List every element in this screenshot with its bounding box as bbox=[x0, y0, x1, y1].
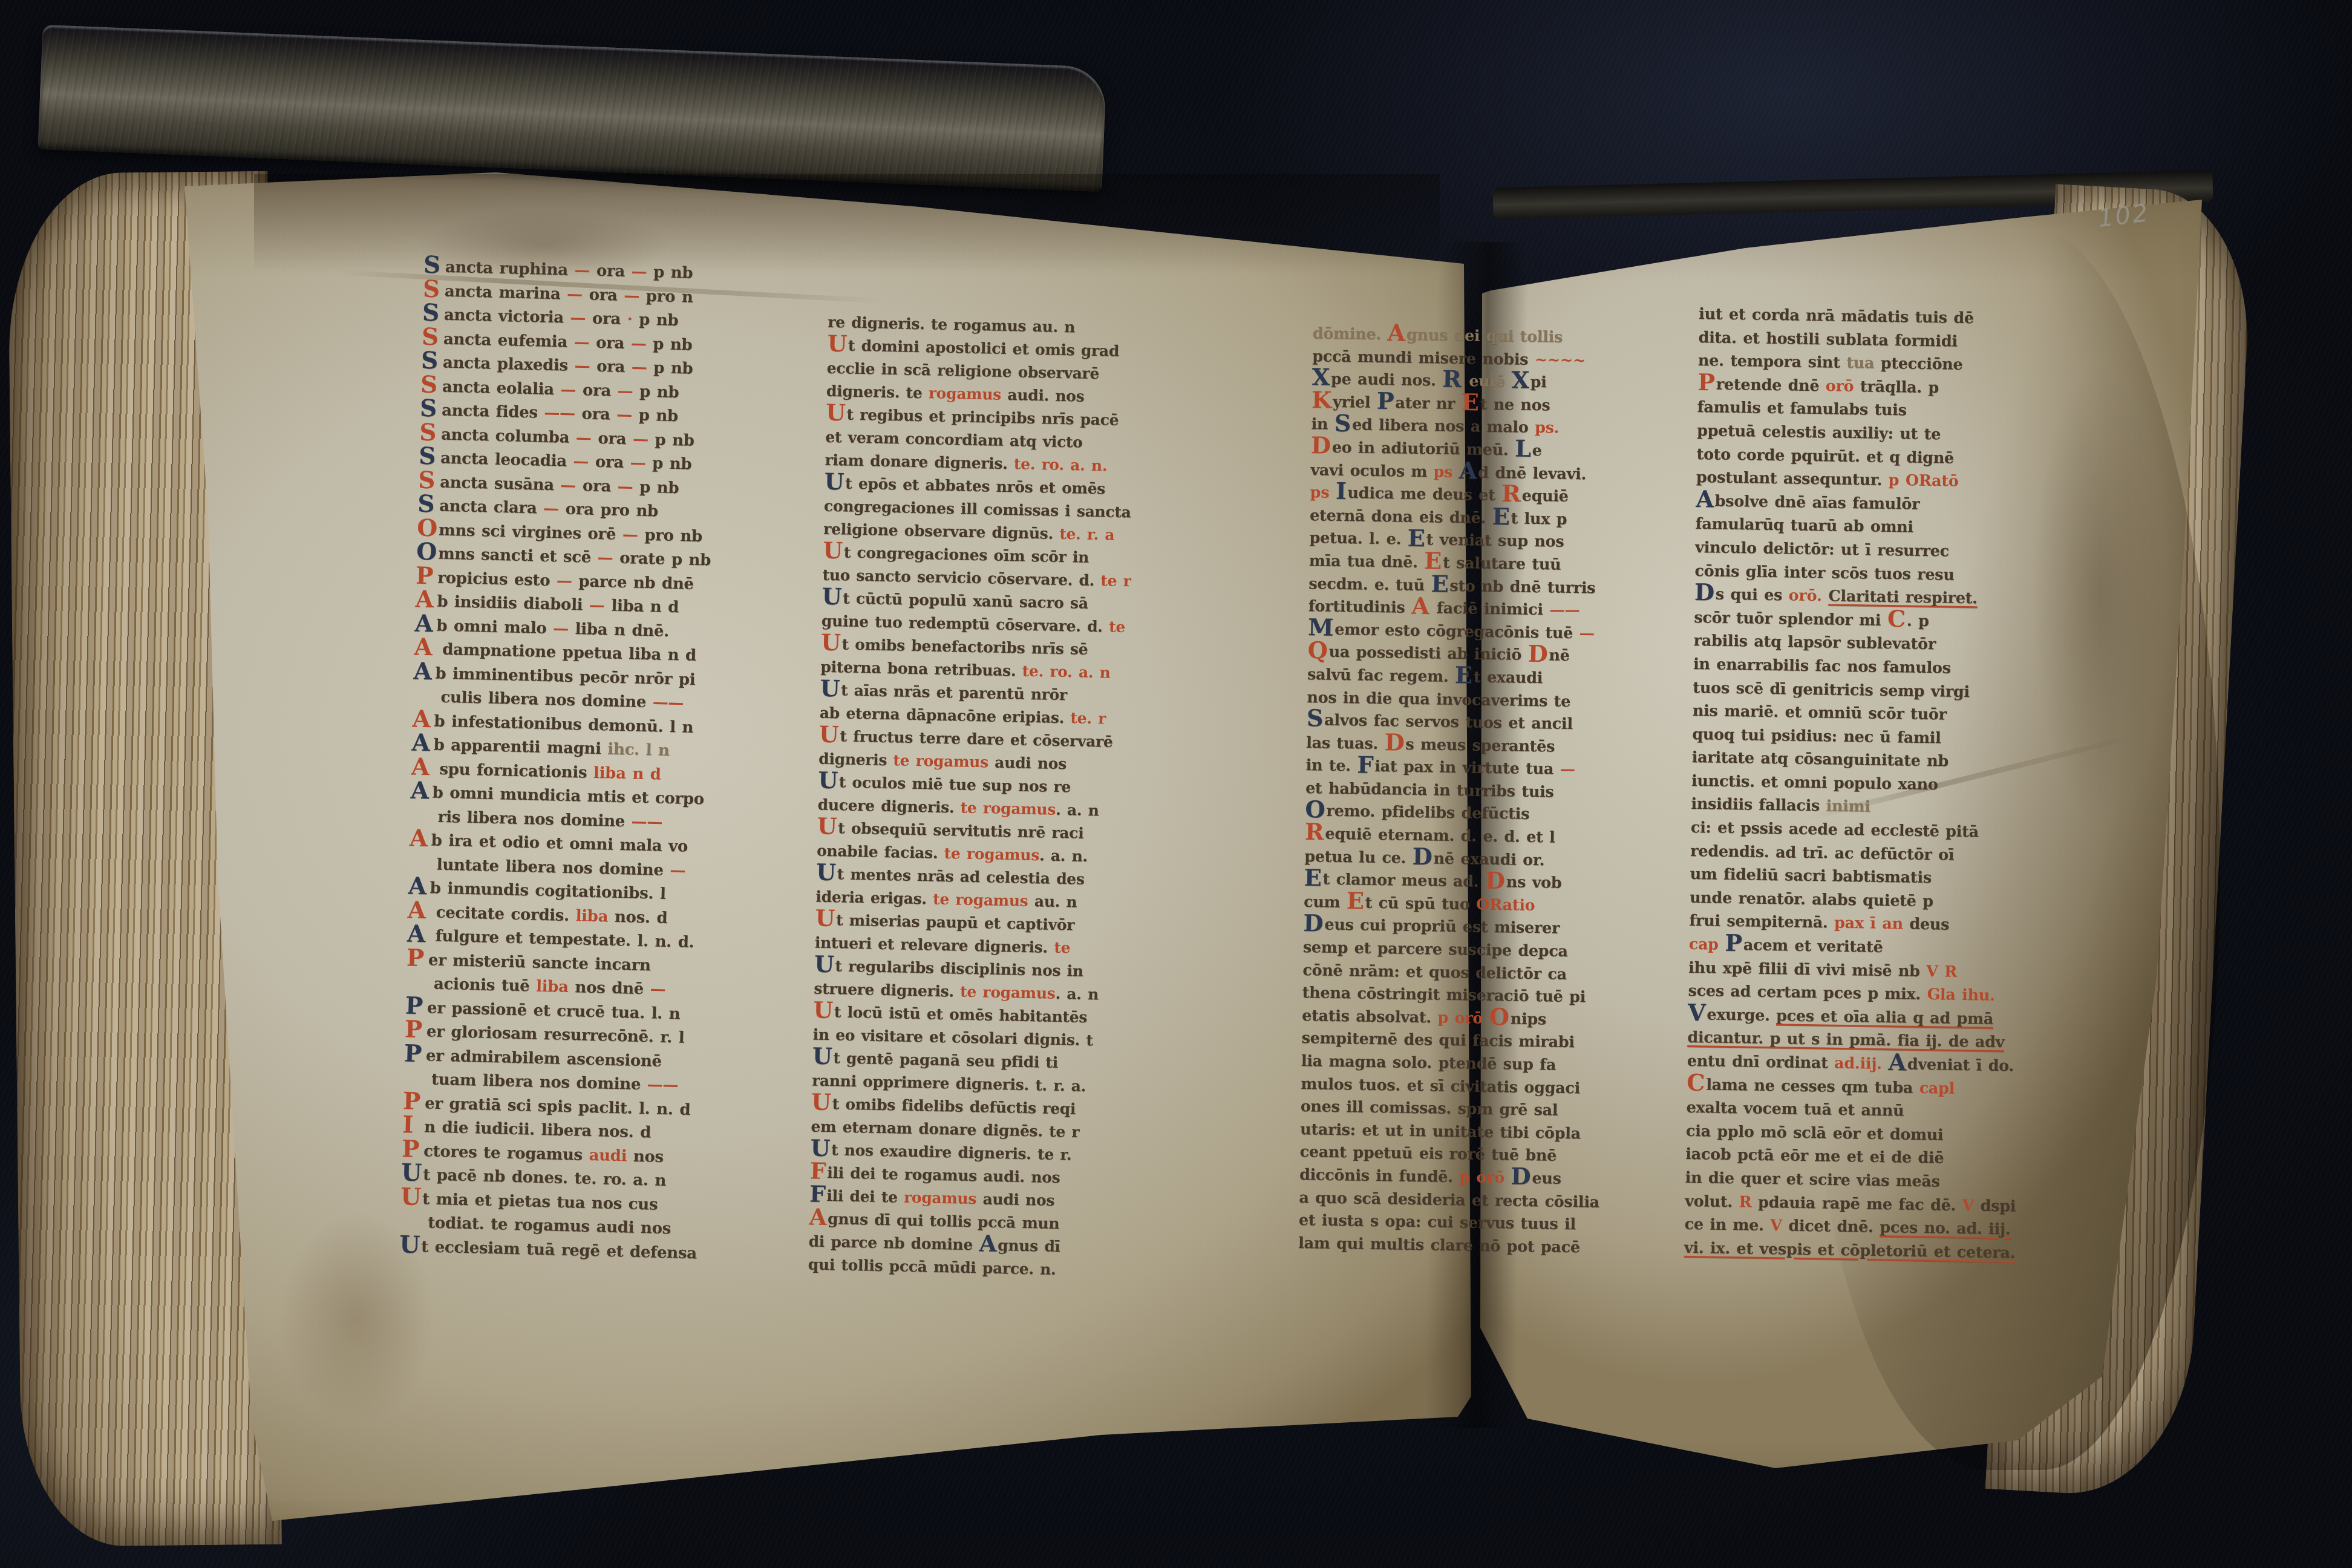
ink-text: ris libera nos domine bbox=[437, 808, 632, 831]
ink-text: et veram concordiam atq victo bbox=[825, 428, 1083, 451]
red-underlined-rubric: pces et oīa alia q ad pmā bbox=[1776, 1007, 1993, 1028]
ink-text: t omibs fidelibs defūctis reqi bbox=[832, 1095, 1076, 1117]
manuscript-column-versicles: dōmine. Agnus dei qui tollispccā mundi m… bbox=[1298, 322, 1691, 1261]
red-rubric-text: te rogamus bbox=[960, 799, 1056, 818]
ink-text: struere digneris. bbox=[814, 980, 961, 1001]
ink-text: toto corde pquirūt. et q dignē bbox=[1696, 445, 1954, 468]
ink-text: nis mariē. et omniū scōr tuōr bbox=[1693, 702, 1947, 724]
ink-text: famulis et famulabs tuis bbox=[1697, 398, 1907, 419]
ink-text: remo. pfidelibs defūctis bbox=[1326, 802, 1529, 823]
red-rubric-text: ps. bbox=[1535, 419, 1560, 437]
red-versal-initial: A bbox=[1411, 593, 1429, 620]
blue-versal-initial: E bbox=[1455, 662, 1473, 689]
red-rubric-text: V bbox=[1770, 1217, 1789, 1235]
ink-text: pdauia rapē me fac dē. bbox=[1758, 1193, 1962, 1214]
manuscript-column-litany-b: re digneris. te rogamus au. nUt domini a… bbox=[808, 311, 1197, 1284]
red-versal-initial: U bbox=[813, 997, 833, 1024]
red-versal-initial: O bbox=[417, 528, 437, 528]
red-versal-initial: U bbox=[815, 905, 835, 932]
ink-text: ancta columba bbox=[441, 425, 577, 446]
blue-versal-initial: F bbox=[1357, 751, 1374, 779]
red-versal-initial: U bbox=[823, 537, 843, 564]
ink-text: t omibs benefactoribs nrīs sē bbox=[841, 635, 1088, 658]
ink-text: entu dnī ordinat bbox=[1687, 1052, 1835, 1073]
blue-versal-initial: U bbox=[399, 1244, 420, 1245]
red-rubric-text: —— bbox=[544, 404, 575, 423]
ink-text: cōnē nrām: et quos delictōr ca bbox=[1302, 961, 1567, 984]
ink-text: intueri et relevare digneris. bbox=[815, 934, 1054, 956]
ink-text: ancta victoria bbox=[444, 306, 570, 327]
blue-versal-initial: I bbox=[1336, 478, 1347, 505]
ink-text: dveniat ī do. bbox=[1907, 1056, 2014, 1076]
ink-text: yriel bbox=[1333, 393, 1377, 412]
red-rubric-text: — bbox=[630, 335, 646, 353]
ink-text: retende dnē bbox=[1716, 375, 1826, 395]
red-rubric-text: Gla ihu. bbox=[1927, 985, 1995, 1005]
red-rubric-text: audi bbox=[589, 1146, 633, 1165]
red-rubric-text: capl bbox=[1919, 1079, 1955, 1098]
red-rubric-text: — bbox=[589, 596, 605, 615]
ink-text: insidiis fallacis bbox=[1691, 795, 1826, 815]
red-rubric-text: — bbox=[573, 452, 589, 471]
ink-text: p nb bbox=[647, 263, 693, 283]
ink-text: cōnis glīa inter scōs tuos resu bbox=[1694, 562, 1955, 584]
blue-versal-initial: D bbox=[1694, 579, 1715, 607]
ink-text: et iusta s opa: cui servus tuus il bbox=[1299, 1211, 1576, 1233]
ink-text: nos bbox=[633, 1147, 664, 1166]
ink-text: p nb bbox=[645, 454, 692, 474]
ink-text: liba n d bbox=[604, 596, 679, 616]
ink-text: ili dei te rogamus audi. nos bbox=[827, 1164, 1060, 1186]
ink-text: ropicius esto bbox=[437, 569, 557, 590]
red-rubric-text: — bbox=[567, 285, 583, 304]
manuscript-column-litany-a: Sancta ruphina — ora — p nbSancta marina… bbox=[427, 256, 814, 1268]
red-versal-initial: P bbox=[1697, 369, 1715, 396]
ink-text: t ecclesiam tuā regē et defensa bbox=[421, 1238, 697, 1263]
red-rubric-text: — bbox=[573, 333, 589, 351]
ink-text: nos dnē bbox=[575, 978, 650, 998]
ink-text: ancta marina bbox=[445, 282, 567, 303]
red-rubric-text: rogamus bbox=[904, 1189, 983, 1208]
ink-text: pi bbox=[1530, 373, 1546, 391]
ink-text: iunctis. et omni populo xano bbox=[1691, 772, 1938, 794]
ink-text: trāqlla. p bbox=[1860, 377, 1939, 397]
red-rubric-text: te rogamus bbox=[893, 751, 995, 771]
red-versal-initial: A bbox=[414, 647, 435, 648]
faded-ink-text: ihc. l n bbox=[607, 740, 670, 759]
ink-text: t cū spū tuo bbox=[1365, 894, 1476, 914]
ink-text: er gloriosam resurrecōnē. r. l bbox=[426, 1022, 685, 1047]
blue-versal-initial: E bbox=[1407, 524, 1425, 552]
ink-text: n die iudicii. libera nos. d bbox=[424, 1118, 652, 1142]
red-versal-initial: C bbox=[1687, 1070, 1705, 1097]
ink-text: em eternam donare dignēs. te r bbox=[811, 1117, 1079, 1140]
ink-text: au. n bbox=[1034, 892, 1077, 910]
ink-text: cum bbox=[1304, 893, 1347, 912]
red-rubric-text: — bbox=[560, 476, 576, 495]
ink-text: p nb bbox=[633, 382, 679, 402]
ink-text: ceant ppetuū eis rorē tuē bnē bbox=[1299, 1143, 1557, 1165]
ink-text: exalta vocem tuā et annū bbox=[1686, 1099, 1904, 1120]
red-rubric-text: ps bbox=[1433, 463, 1459, 482]
ink-text: liba n dnē. bbox=[569, 619, 670, 640]
ink-text: e bbox=[1532, 442, 1541, 460]
blue-versal-initial: V bbox=[1688, 999, 1706, 1027]
ink-text: b omni mundicia mtis et corpo bbox=[432, 783, 704, 808]
red-rubric-text: ORatio bbox=[1476, 895, 1535, 915]
ink-text: d dnē levavi. bbox=[1478, 463, 1586, 483]
ink-text: pro n bbox=[639, 287, 693, 306]
ink-text: b infestationibus demonū. l n bbox=[434, 712, 693, 736]
red-rubric-text: te. ro. a. n bbox=[1022, 662, 1110, 682]
ink-text: semp et parcere suscipe depca bbox=[1303, 938, 1568, 961]
ink-text: b ira et odio et omni mala vo bbox=[431, 831, 688, 855]
red-versal-initial: A bbox=[1387, 319, 1405, 347]
ink-text: t congregaciones oīm scōr in bbox=[844, 543, 1089, 566]
ink-text: ctores te rogamus bbox=[423, 1142, 589, 1165]
red-rubric-text: — bbox=[574, 357, 590, 376]
red-rubric-text: orō. bbox=[1788, 587, 1828, 606]
ink-text: t mentes nrās ad celestia des bbox=[837, 865, 1085, 888]
blue-versal-initial: D bbox=[1303, 910, 1324, 938]
ink-text: nos. d bbox=[615, 907, 668, 927]
ink-text: gnus dī bbox=[998, 1236, 1060, 1255]
red-rubric-text: — bbox=[631, 358, 647, 377]
blue-versal-initial: R bbox=[1442, 366, 1462, 393]
ink-text: ranni opprimere digneris. t. r. a. bbox=[812, 1072, 1086, 1095]
ink-text: t regularibs disciplinis nos in bbox=[835, 957, 1083, 980]
ink-text: ora bbox=[583, 286, 624, 305]
red-rubric-text: — bbox=[633, 430, 648, 449]
red-rubric-text: R bbox=[1739, 1193, 1758, 1211]
ink-text: in eo visitare et cōsolari dignis. t bbox=[812, 1026, 1093, 1050]
ink-text: orate p nb bbox=[613, 549, 711, 570]
blue-versal-initial: D bbox=[1412, 843, 1432, 871]
red-rubric-text: orō bbox=[1826, 377, 1861, 396]
ink-text: pccā mundi misere nobis bbox=[1312, 347, 1535, 369]
ink-text: ancta fides bbox=[442, 402, 544, 422]
ink-text: . a. n. bbox=[1039, 846, 1088, 865]
red-rubric-text: te bbox=[1109, 618, 1125, 636]
ink-text: exurge. bbox=[1707, 1005, 1776, 1025]
ink-text: s meus sperantēs bbox=[1405, 735, 1555, 756]
ink-text: t nos exaudire digneris. te r. bbox=[831, 1141, 1072, 1163]
ink-text: ne. tempora sint bbox=[1698, 351, 1847, 372]
ink-text: b insidiis diaboli bbox=[437, 593, 589, 615]
ink-text: dspi bbox=[1980, 1197, 2016, 1215]
ink-text: mīa tua dnē. bbox=[1309, 552, 1425, 572]
blue-versal-initial: U bbox=[816, 859, 836, 886]
ink-text: famularūq tuarū ab omni bbox=[1695, 515, 1913, 537]
blue-versal-initial: S bbox=[1307, 705, 1324, 732]
ink-text: cia pplo mō sclā eōr et domui bbox=[1686, 1122, 1944, 1145]
red-rubric-text: — bbox=[557, 572, 572, 590]
ink-text: t epōs et abbates nrōs et omēs bbox=[845, 474, 1105, 497]
ink-text: fulgure et tempestate. l. n. d. bbox=[429, 927, 694, 952]
ink-text: er misteriū sancte incarn bbox=[428, 951, 651, 975]
ink-text: er admirabilem ascensionē bbox=[426, 1047, 662, 1071]
blue-versal-initial: P bbox=[1377, 388, 1394, 415]
red-versal-initial: P bbox=[402, 1149, 422, 1149]
ink-text: ones ill comissas. spm grē sal bbox=[1301, 1097, 1558, 1120]
blue-versal-initial: D bbox=[1511, 1163, 1531, 1191]
ink-text: . p bbox=[1907, 612, 1929, 630]
red-rubric-text: — bbox=[560, 381, 576, 399]
ink-text: cecitate cordis. bbox=[429, 903, 576, 925]
blue-versal-initial: A bbox=[414, 623, 435, 624]
red-versal-initial: A bbox=[411, 766, 432, 767]
red-versal-initial: R bbox=[1305, 818, 1324, 846]
ink-text: eo in adiutoriū meū. bbox=[1332, 439, 1515, 460]
red-rubric-text: — bbox=[624, 286, 639, 305]
ink-text: todiat. te rogamus audi nos bbox=[428, 1214, 671, 1238]
blue-versal-initial: E bbox=[1492, 503, 1510, 531]
ink-text: ora bbox=[576, 477, 618, 496]
ink-text: ancta plaxedis bbox=[443, 354, 575, 375]
ink-text: t fructus terre dare et cōservarē bbox=[840, 727, 1113, 750]
red-rubric-text: V R bbox=[1926, 962, 1957, 981]
ink-text: et habūdancia in turribs tuis bbox=[1305, 779, 1554, 801]
ink-text: petua. l. e. bbox=[1309, 529, 1408, 549]
ink-text: riam donare digneris. bbox=[825, 451, 1014, 473]
ink-text: ab eterna dāpnacōne eripias. bbox=[820, 704, 1071, 727]
ink-text: t salutare tuū bbox=[1443, 554, 1561, 574]
ink-text: ptecciōne bbox=[1881, 354, 1963, 374]
red-versal-initial: D bbox=[1527, 640, 1548, 668]
photo-scene: 102 Sancta ruphina — ora — p nbSancta ma… bbox=[0, 0, 2352, 1568]
ink-text: quoq tui psidius: nec ū famil bbox=[1692, 725, 1941, 747]
ink-text: ora bbox=[590, 358, 632, 377]
ink-text: utaris: et ut in unitate tibi cōpla bbox=[1300, 1120, 1581, 1143]
ink-text: spu fornicationis bbox=[433, 760, 593, 782]
red-rubric-text: — bbox=[630, 454, 645, 472]
red-versal-initial: U bbox=[817, 813, 837, 840]
red-rubric-text: te rogamus bbox=[960, 983, 1056, 1002]
red-rubric-text: ~~~~ bbox=[1535, 351, 1586, 370]
ink-text: congregaciones ill comissas i sancta bbox=[824, 497, 1131, 521]
red-rubric-text: — bbox=[574, 261, 590, 280]
ink-text: eus cui propriū est miserer bbox=[1324, 916, 1560, 938]
ink-text: digneris. te bbox=[826, 382, 929, 402]
red-rubric-text: — bbox=[576, 429, 592, 448]
red-rubric-text: —— bbox=[652, 693, 684, 712]
red-rubric-text: — bbox=[617, 477, 633, 496]
ink-text: bsolve dnē aīas famulōr bbox=[1714, 492, 1919, 513]
red-rubric-text: te. r bbox=[1070, 709, 1106, 727]
ink-text: sto nb dnē turris bbox=[1449, 577, 1595, 597]
faded-ink-text: euiē bbox=[1462, 372, 1511, 391]
red-rubric-text: — bbox=[553, 619, 569, 638]
blue-versal-initial: X bbox=[1511, 367, 1529, 394]
ink-text: ora pro nb bbox=[559, 500, 659, 520]
red-versal-initial: U bbox=[821, 629, 841, 656]
ink-text: b apparentii magni bbox=[433, 736, 608, 758]
ink-text: tuam libera nos domine bbox=[431, 1071, 647, 1094]
ink-text: qui tollis pccā mūdi parce. n. bbox=[808, 1255, 1056, 1278]
red-rubric-text: — bbox=[1560, 760, 1575, 779]
ink-text: dampnatione ppetua liba n d bbox=[436, 640, 696, 665]
red-versal-initial: P bbox=[403, 1101, 423, 1102]
ink-text: in die quer et scire vias meās bbox=[1685, 1169, 1940, 1191]
ink-text: mulos tuos. et sī civitatis oggaci bbox=[1301, 1075, 1580, 1097]
ink-text: t ne nos bbox=[1480, 395, 1550, 414]
ink-text: digneris bbox=[818, 750, 893, 769]
ink-text: ora bbox=[586, 309, 627, 328]
red-rubric-text: — bbox=[616, 406, 632, 425]
ink-text: s qui es bbox=[1716, 586, 1789, 605]
blue-versal-initial: P bbox=[1725, 930, 1742, 957]
red-versal-initial: A bbox=[413, 719, 433, 719]
red-rubric-text: p ORatō bbox=[1889, 471, 1959, 491]
ink-text: p nb bbox=[632, 310, 679, 330]
ink-text: ed libera nos a malo bbox=[1352, 416, 1535, 437]
red-rubric-text: ps bbox=[1310, 483, 1336, 502]
ink-text: audi. nos bbox=[1007, 386, 1085, 405]
red-versal-initial: A bbox=[809, 1204, 827, 1231]
ink-text: a quo scā desideria et recta cōsilia bbox=[1299, 1189, 1599, 1212]
ink-text: gnus dī qui tollis pccā mun bbox=[828, 1210, 1060, 1232]
ink-text: nips bbox=[1511, 1010, 1547, 1028]
ink-text: t regibus et principibs nrīs pacē bbox=[846, 405, 1119, 428]
red-rubric-text: te. ro. a. n. bbox=[1014, 455, 1108, 474]
ink-text: parce nb dnē bbox=[572, 572, 694, 593]
ink-text: t obsequiū servitutis nrē raci bbox=[838, 819, 1084, 842]
ink-text: t veniat sup nos bbox=[1426, 531, 1564, 552]
ink-text: di parce nb domine bbox=[808, 1232, 979, 1253]
red-versal-initial: O bbox=[1489, 1004, 1509, 1031]
red-versal-initial: C bbox=[1887, 606, 1906, 633]
red-rubric-text: te rogamus bbox=[933, 890, 1034, 910]
ink-text: unde renatōr. alabs quietē p bbox=[1690, 889, 1933, 910]
red-rubric-text: liba n d bbox=[593, 763, 661, 783]
red-versal-initial: U bbox=[400, 1197, 421, 1197]
ink-text: guine tuo redemptū cōservare. d. bbox=[822, 612, 1109, 636]
blue-versal-initial: P bbox=[404, 1053, 425, 1054]
red-rubric-text: — bbox=[543, 500, 559, 518]
leather-cover-edge-top bbox=[38, 25, 1107, 192]
ink-text: t oculos miē tue sup nos re bbox=[839, 773, 1071, 795]
blue-versal-initial: A bbox=[414, 671, 434, 671]
red-rubric-text: cap bbox=[1689, 935, 1725, 954]
red-versal-initial: U bbox=[826, 399, 846, 426]
ink-text: lia magna solo. ptendē sup fa bbox=[1301, 1052, 1557, 1074]
ink-text: ancta susāna bbox=[440, 473, 561, 494]
ink-text: acionis tuē bbox=[434, 975, 537, 996]
blue-versal-initial: U bbox=[820, 675, 840, 702]
ink-text: mns sci virgines orē bbox=[439, 521, 622, 543]
ink-text: scōr tuōr splendor mi bbox=[1694, 609, 1887, 630]
ink-text: ducere digneris. bbox=[817, 796, 961, 817]
ink-text: b imminentibus pecōr nrōr pi bbox=[435, 664, 696, 688]
ink-text: tuo sancto servicio cōservare. d. bbox=[822, 566, 1100, 590]
ink-text: religione observare dignūs. bbox=[823, 520, 1060, 543]
red-rubric-text: — bbox=[670, 861, 685, 880]
red-rubric-text: te bbox=[1054, 939, 1070, 957]
red-versal-initial: A bbox=[415, 599, 436, 600]
ink-text: las tuas. bbox=[1306, 734, 1385, 753]
blue-versal-initial: U bbox=[818, 767, 838, 794]
ink-text: nē bbox=[1549, 647, 1570, 665]
ink-text: tuos scē dī genitricis semp virgi bbox=[1693, 678, 1970, 701]
red-rubric-text: —— bbox=[1549, 601, 1580, 620]
ink-text: iat pax in virtute tua bbox=[1374, 757, 1560, 779]
ink-text: luntate libera nos domine bbox=[436, 855, 670, 879]
ink-text: in enarrabilis fac nos famulos bbox=[1693, 655, 1951, 678]
red-rubric-text: p orō bbox=[1459, 1168, 1511, 1187]
ink-text: ns vob bbox=[1506, 874, 1562, 892]
blue-versal-initial: U bbox=[812, 1043, 832, 1070]
ink-text: ppetuā celestis auxiliy: ut te bbox=[1697, 422, 1941, 443]
ink-text: ora bbox=[589, 453, 630, 472]
ink-text: p nb bbox=[648, 430, 694, 449]
ink-text: vinculo delictōr: ut ī resurrec bbox=[1695, 538, 1949, 561]
ink-text: faciē inimici bbox=[1430, 599, 1549, 619]
red-versal-initial: P bbox=[405, 1030, 425, 1030]
blue-versal-initial: A bbox=[407, 934, 428, 935]
blue-versal-initial: P bbox=[405, 1005, 426, 1006]
ink-text: deus bbox=[1909, 915, 1949, 934]
ink-text: ancta ruphina bbox=[445, 258, 575, 279]
ink-text: salvū fac regem. bbox=[1307, 665, 1455, 686]
red-rubric-text: —— bbox=[631, 812, 662, 831]
ink-text: vavi oculos m bbox=[1310, 461, 1434, 481]
blue-versal-initial: A bbox=[412, 743, 433, 743]
ink-text: t lux p bbox=[1511, 509, 1567, 528]
ink-text: ci: et pssis acede ad ecclestē pitā bbox=[1691, 818, 1979, 841]
red-rubric-text: — bbox=[1579, 624, 1595, 642]
ink-text: nos in die qua invocaverims te bbox=[1307, 688, 1570, 711]
ink-text: ua possedisti ab iniciō bbox=[1328, 643, 1527, 664]
blue-versal-initial: A bbox=[1888, 1049, 1906, 1076]
ink-text: iut et corda nrā mādatis tuis dē bbox=[1699, 305, 1974, 327]
ink-text: um fideliū sacri babtismatis bbox=[1690, 865, 1932, 887]
ink-text: dita. et hostili sublata formidi bbox=[1698, 328, 1958, 351]
ink-text: ancta eufemia bbox=[443, 330, 574, 351]
ink-text: equiē eternam. d. e. d. et l bbox=[1325, 825, 1555, 847]
ink-text: secdm. e. tuū bbox=[1308, 575, 1431, 595]
red-rubric-text: — bbox=[622, 525, 638, 544]
blue-versal-initial: O bbox=[416, 552, 437, 552]
ink-text: ce in me. bbox=[1684, 1215, 1770, 1235]
ink-text: t miserias paupū et captivōr bbox=[836, 911, 1075, 933]
blue-versal-initial: A bbox=[1696, 486, 1714, 513]
ink-text: re digneris. te rogamus au. n bbox=[828, 313, 1075, 336]
ink-text: iacob pctā eōr me et ei de diē bbox=[1685, 1145, 1944, 1168]
ink-text: t aīas nrās et parentū nrōr bbox=[841, 681, 1067, 704]
red-rubric-text: te rogamus bbox=[944, 844, 1039, 864]
ink-text: ili dei te bbox=[826, 1187, 904, 1206]
blue-versal-initial: U bbox=[822, 583, 841, 610]
red-underlined-rubric: Claritati respiret. bbox=[1828, 587, 1978, 608]
ink-text: t locū istū et omēs habitantēs bbox=[834, 1003, 1088, 1026]
ink-text: udica me deus et bbox=[1347, 484, 1501, 505]
red-underlined-rubric: vi. ix. et vespis et cōpletoriū et ceter… bbox=[1684, 1239, 2016, 1263]
red-versal-initial: D bbox=[1311, 432, 1331, 460]
ink-text: audi nos bbox=[995, 754, 1067, 773]
ink-text: diccōnis in fundē. bbox=[1299, 1166, 1460, 1186]
ink-text: p nb bbox=[632, 406, 679, 425]
ink-text: t exaudi bbox=[1474, 668, 1543, 687]
red-rubric-text: te. r. a bbox=[1059, 525, 1115, 544]
red-rubric-text: te r bbox=[1100, 572, 1131, 590]
ink-text: eternā dona eis dnē. bbox=[1310, 506, 1492, 528]
ink-text: . a. n bbox=[1056, 801, 1099, 819]
ink-text: b inmundis cogitationibs. l bbox=[430, 879, 665, 903]
red-underlined-rubric: pces no. ad. iij. bbox=[1880, 1218, 2011, 1238]
ink-text: er passionē et crucē tua. l. n bbox=[427, 999, 681, 1023]
red-rubric-text: p orō bbox=[1437, 1008, 1489, 1027]
ink-text: ora bbox=[591, 429, 633, 448]
